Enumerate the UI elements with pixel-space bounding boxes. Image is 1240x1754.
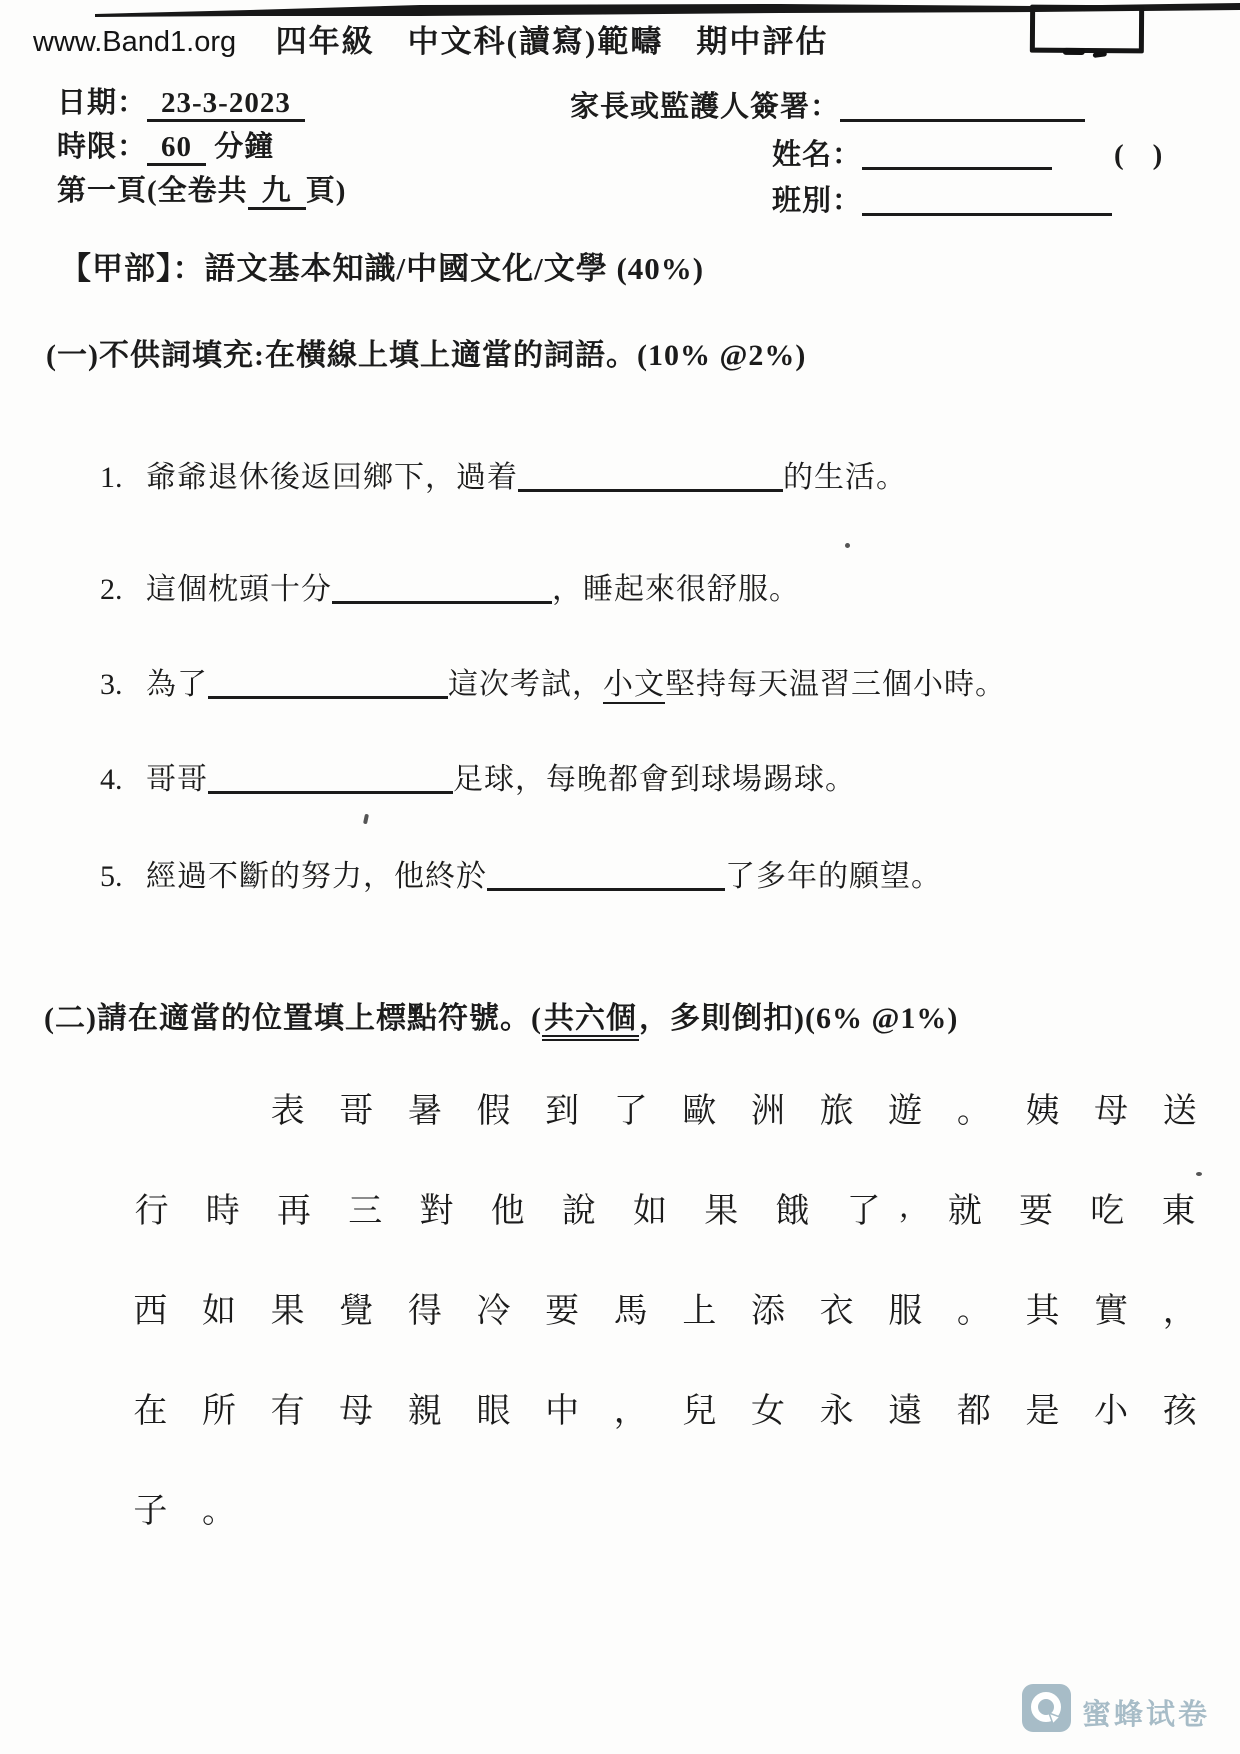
item-number: 1.: [100, 461, 146, 495]
answer-blank: [487, 888, 725, 891]
section-a-heading: 【甲部】：語文基本知識/中國文化/文學 (40%): [60, 243, 704, 288]
time-limit-value: 60: [147, 131, 206, 166]
time-limit-label: 時限：: [57, 131, 147, 163]
passage-cell: 親: [391, 1390, 460, 1434]
passage-cell: 了: [828, 1190, 899, 1234]
passage-cell: [185, 1090, 254, 1134]
item-number: 5.: [100, 860, 146, 894]
passage-cell: 所: [185, 1390, 254, 1434]
passage-cell: 冷: [459, 1290, 528, 1334]
exam-paper-page: www.Band1.org 四年級 中文科(讀寫)範疇 期中評估 日期：23-3…: [0, 0, 1240, 1754]
page-number-prefix: 第一頁(全卷共: [57, 175, 248, 207]
passage-row: 行時再三對他說如果餓了，就要吃東: [116, 1190, 1214, 1234]
passage-cell: 覺: [322, 1290, 391, 1334]
passage-cell: 兒: [665, 1390, 734, 1434]
item-text: 這個枕頭十分: [146, 573, 332, 606]
answer-blank: [518, 489, 783, 492]
passage-cell: 孩: [1145, 1390, 1214, 1434]
time-limit-row: 時限：60 分鐘: [57, 124, 274, 165]
passage-cell: 母: [322, 1390, 391, 1434]
passage-cell: 母: [1077, 1090, 1146, 1134]
class-number-paren: ( ): [1114, 139, 1162, 171]
passage-cell: 。: [940, 1290, 1009, 1334]
passage-cell: 西: [116, 1290, 185, 1334]
passage-cell: 東: [1143, 1190, 1214, 1234]
passage-cell: 中: [528, 1390, 597, 1434]
passage-cell: [528, 1490, 597, 1534]
passage-cell: 遊: [871, 1090, 940, 1134]
class-label: 班別：: [772, 185, 862, 217]
passage-cell: 有: [253, 1390, 322, 1434]
item-number: 2.: [100, 573, 146, 607]
passage-cell: [940, 1490, 1009, 1534]
passage-cell: [322, 1490, 391, 1534]
page-number-suffix: 頁): [306, 175, 347, 207]
item-text: 爺爺退休後返回鄉下，過着: [146, 461, 518, 494]
passage-cell: 如: [614, 1190, 685, 1234]
passage-cell: 行: [116, 1190, 187, 1234]
passage-cell: 送: [1145, 1090, 1214, 1134]
passage-cell: [665, 1490, 734, 1534]
passage-cell: [253, 1490, 322, 1534]
passage-cell: 再: [258, 1190, 329, 1234]
passage-cell: ，: [596, 1390, 665, 1434]
passage-cell: 果: [253, 1290, 322, 1334]
fill-item-3: 3.為了這次考試，小文堅持每天温習三個小時。: [100, 659, 1006, 703]
passage-cell: 要: [1000, 1190, 1071, 1234]
passage-row: 西如果覺得冷要馬上添衣服。其實，: [116, 1290, 1214, 1334]
passage-cell: 時: [187, 1190, 258, 1234]
passage-cell: [391, 1490, 460, 1534]
passage-cell: 遠: [871, 1390, 940, 1434]
time-limit-unit: 分鐘: [206, 131, 274, 163]
part1-title: (一)不供詞填充:在橫線上填上適當的詞語。(10% @2%): [46, 330, 806, 374]
fill-item-5: 5.經過不斷的努力，他終於了多年的願望。: [100, 851, 942, 895]
passage-cell: 他: [472, 1190, 543, 1234]
passage-cell: 洲: [734, 1090, 803, 1134]
passage-cell: 女: [734, 1390, 803, 1434]
passage-cell: 歐: [665, 1090, 734, 1134]
class-row: 班別：: [772, 178, 1112, 219]
passage-cell: 餓: [757, 1190, 828, 1234]
item-text: ，睡起來很舒服。: [552, 573, 800, 606]
passage-cell: [1145, 1490, 1214, 1534]
passage-cell: [871, 1490, 940, 1534]
passage-cell: 果: [686, 1190, 757, 1234]
passage-cell: 服: [871, 1290, 940, 1334]
passage-cell: 上: [665, 1290, 734, 1334]
scan-mark: [1063, 48, 1085, 55]
passage-cell: 馬: [596, 1290, 665, 1334]
answer-blank: [208, 696, 448, 699]
passage-cell: [116, 1090, 185, 1134]
passage-cell: 在: [116, 1390, 185, 1434]
passage-cell: 假: [459, 1090, 528, 1134]
passage-cell: 就: [929, 1190, 1000, 1234]
passage-cell: 對: [401, 1190, 472, 1234]
student-name-field: [862, 167, 1052, 170]
passage-row: 表哥暑假到了歐洲旅遊。姨母送: [116, 1090, 1214, 1134]
fill-item-4: 4.哥哥足球，每晚都會到球場踢球。: [100, 754, 856, 798]
passage-cell: 哥: [322, 1090, 391, 1134]
date-label: 日期：: [57, 87, 147, 119]
scan-speck: [363, 814, 369, 825]
handwritten-comma: ，: [897, 1193, 931, 1240]
item-text: 的生活。: [783, 461, 907, 494]
passage-cell: 衣: [802, 1290, 871, 1334]
passage-cell: [596, 1490, 665, 1534]
passage-cell: 旅: [802, 1090, 871, 1134]
class-field: [862, 213, 1112, 216]
passage-cell: 要: [528, 1290, 597, 1334]
answer-blank: [208, 791, 453, 794]
punctuation-passage-grid: 表哥暑假到了歐洲旅遊。姨母送行時再三對他說如果餓了，就要吃東西如果覺得冷要馬上添…: [116, 1090, 1214, 1590]
passage-cell: 添: [734, 1290, 803, 1334]
passage-cell: 表: [253, 1090, 322, 1134]
passage-cell: 姨: [1008, 1090, 1077, 1134]
item-text: 足球，每晚都會到球場踢球。: [453, 763, 856, 796]
passage-row: 子。: [116, 1490, 1214, 1534]
part2-title: (二)請在適當的位置填上標點符號。(共六個，多則倒扣)(6% @1%): [44, 993, 958, 1037]
beepaper-logo-text: 蜜蜂试卷: [1082, 1692, 1210, 1733]
item-text: 這次考試，: [448, 668, 603, 701]
score-box: [1030, 5, 1144, 54]
date-row: 日期：23-3-2023: [57, 80, 305, 121]
passage-cell: 都: [940, 1390, 1009, 1434]
part2-title-text: (二)請在適當的位置填上標點符號。(: [44, 1002, 542, 1035]
passage-cell: 小: [1077, 1390, 1146, 1434]
passage-cell: 得: [391, 1290, 460, 1334]
item-text: 了多年的願望。: [725, 860, 942, 893]
passage-cell: 了: [596, 1090, 665, 1134]
item-text: 哥哥: [146, 763, 208, 796]
item-text: 堅持每天温習三個小時。: [665, 668, 1006, 701]
passage-cell: 永: [802, 1390, 871, 1434]
guardian-signature-field: [840, 119, 1085, 122]
passage-cell: [459, 1490, 528, 1534]
passage-cell: 到: [528, 1090, 597, 1134]
guardian-signature-row: 家長或監護人簽署：: [570, 84, 1085, 125]
part2-title-text: ，多則倒扣)(6% @1%): [639, 1002, 958, 1035]
passage-cell: 暑: [391, 1090, 460, 1134]
page-number-row: 第一頁(全卷共九頁): [57, 168, 346, 209]
passage-cell: 眼: [459, 1390, 528, 1434]
passage-cell: 三: [330, 1190, 401, 1234]
item-text: 經過不斷的努力，他終於: [146, 860, 487, 893]
scan-speck: [845, 543, 850, 548]
passage-cell: ，: [1145, 1290, 1214, 1334]
item-number: 3.: [100, 668, 146, 702]
guardian-signature-label: 家長或監護人簽署：: [570, 91, 840, 123]
date-value: 23-3-2023: [147, 87, 305, 122]
student-name-label: 姓名：: [772, 139, 862, 171]
student-name-row: 姓名：( ): [772, 132, 1162, 173]
total-pages-value: 九: [248, 175, 306, 210]
passage-cell: [1077, 1490, 1146, 1534]
passage-cell: 。: [940, 1090, 1009, 1134]
passage-cell: [802, 1490, 871, 1534]
fill-item-1: 1.爺爺退休後返回鄉下，過着的生活。: [100, 452, 907, 496]
item-number: 4.: [100, 763, 146, 797]
item-text: 為了: [146, 668, 208, 701]
fill-item-2: 2.這個枕頭十分，睡起來很舒服。: [100, 564, 800, 608]
passage-cell: 。: [185, 1490, 254, 1534]
beepaper-logo-icon: [1022, 1684, 1071, 1732]
passage-cell: 子: [116, 1490, 185, 1534]
passage-cell: 如: [185, 1290, 254, 1334]
passage-cell: [734, 1490, 803, 1534]
part2-title-emphasis: 共六個: [542, 1002, 639, 1041]
passage-cell: 實: [1077, 1290, 1146, 1334]
passage-cell: [1008, 1490, 1077, 1534]
passage-cell: 是: [1008, 1390, 1077, 1434]
page-title: 四年級 中文科(讀寫)範疇 期中評估: [0, 16, 1172, 61]
passage-cell: 其: [1008, 1290, 1077, 1334]
passage-cell: 說: [543, 1190, 614, 1234]
passage-row: 在所有母親眼中，兒女永遠都是小孩: [116, 1390, 1214, 1434]
answer-blank: [332, 601, 552, 604]
underlined-name: 小文: [603, 668, 665, 704]
passage-cell: 吃: [1072, 1190, 1143, 1234]
